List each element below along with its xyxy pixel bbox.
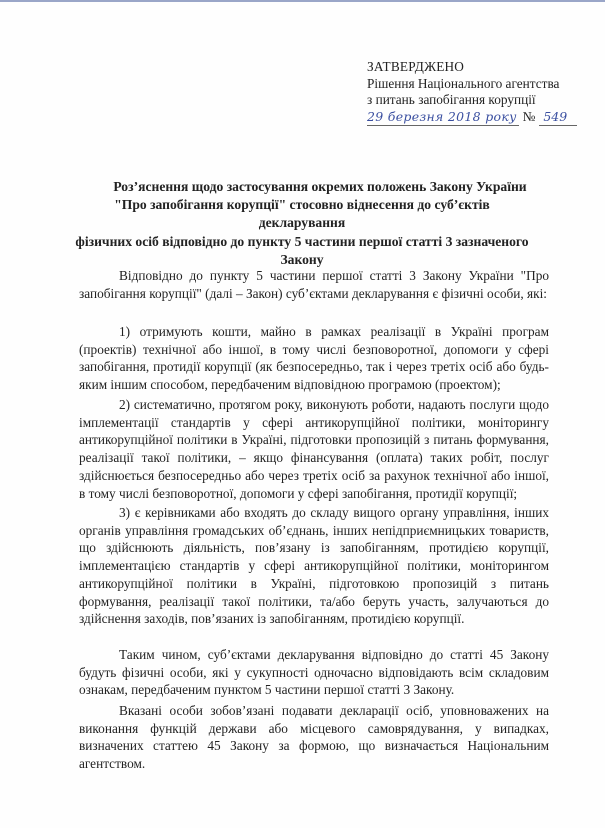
- paragraph-text: Таким чином, суб’єктами декларування від…: [79, 646, 549, 699]
- handwritten-date: 29 березня 2018 року: [367, 109, 519, 127]
- paragraph-item-2: 2) систематично, протягом року, виконуют…: [79, 396, 549, 502]
- paragraph-text: 1) отримують кошти, майно в рамках реалі…: [79, 323, 549, 394]
- approval-heading: ЗАТВЕРДЖЕНО: [367, 59, 577, 76]
- paragraph-text: 3) є керівниками або входять до складу в…: [79, 504, 549, 628]
- number-sign: №: [523, 109, 536, 126]
- paragraph-intro: Відповідно до пункту 5 частини першої ст…: [79, 267, 549, 302]
- handwritten-number: 549: [539, 109, 577, 127]
- document-page: ЗАТВЕРДЖЕНО Рішення Національного агентс…: [0, 2, 605, 828]
- approval-date-number: 29 березня 2018 року № 549: [367, 109, 577, 127]
- paragraph-text: Відповідно до пункту 5 частини першої ст…: [79, 267, 549, 302]
- paragraph-item-3: 3) є керівниками або входять до складу в…: [79, 504, 549, 628]
- paragraph-conclusion: Таким чином, суб’єктами декларування від…: [79, 646, 549, 699]
- title-line-3: фізичних осіб відповідно до пункту 5 час…: [72, 233, 532, 251]
- paragraph-text: Вказані особи зобов’язані подавати декла…: [79, 702, 549, 773]
- paragraph-item-1: 1) отримують кошти, майно в рамках реалі…: [79, 323, 549, 394]
- approval-stamp: ЗАТВЕРДЖЕНО Рішення Національного агентс…: [367, 59, 577, 126]
- title-line-1: Роз’яснення щодо застосування окремих по…: [72, 178, 532, 196]
- paragraph-obligation: Вказані особи зобов’язані подавати декла…: [79, 702, 549, 773]
- approval-line-1: Рішення Національного агентства: [367, 76, 577, 93]
- title-line-2: "Про запобігання корупції" стосовно відн…: [72, 196, 532, 232]
- approval-line-2: з питань запобігання корупції: [367, 92, 577, 109]
- paragraph-text: 2) систематично, протягом року, виконуют…: [79, 396, 549, 502]
- document-title: Роз’яснення щодо застосування окремих по…: [72, 178, 532, 269]
